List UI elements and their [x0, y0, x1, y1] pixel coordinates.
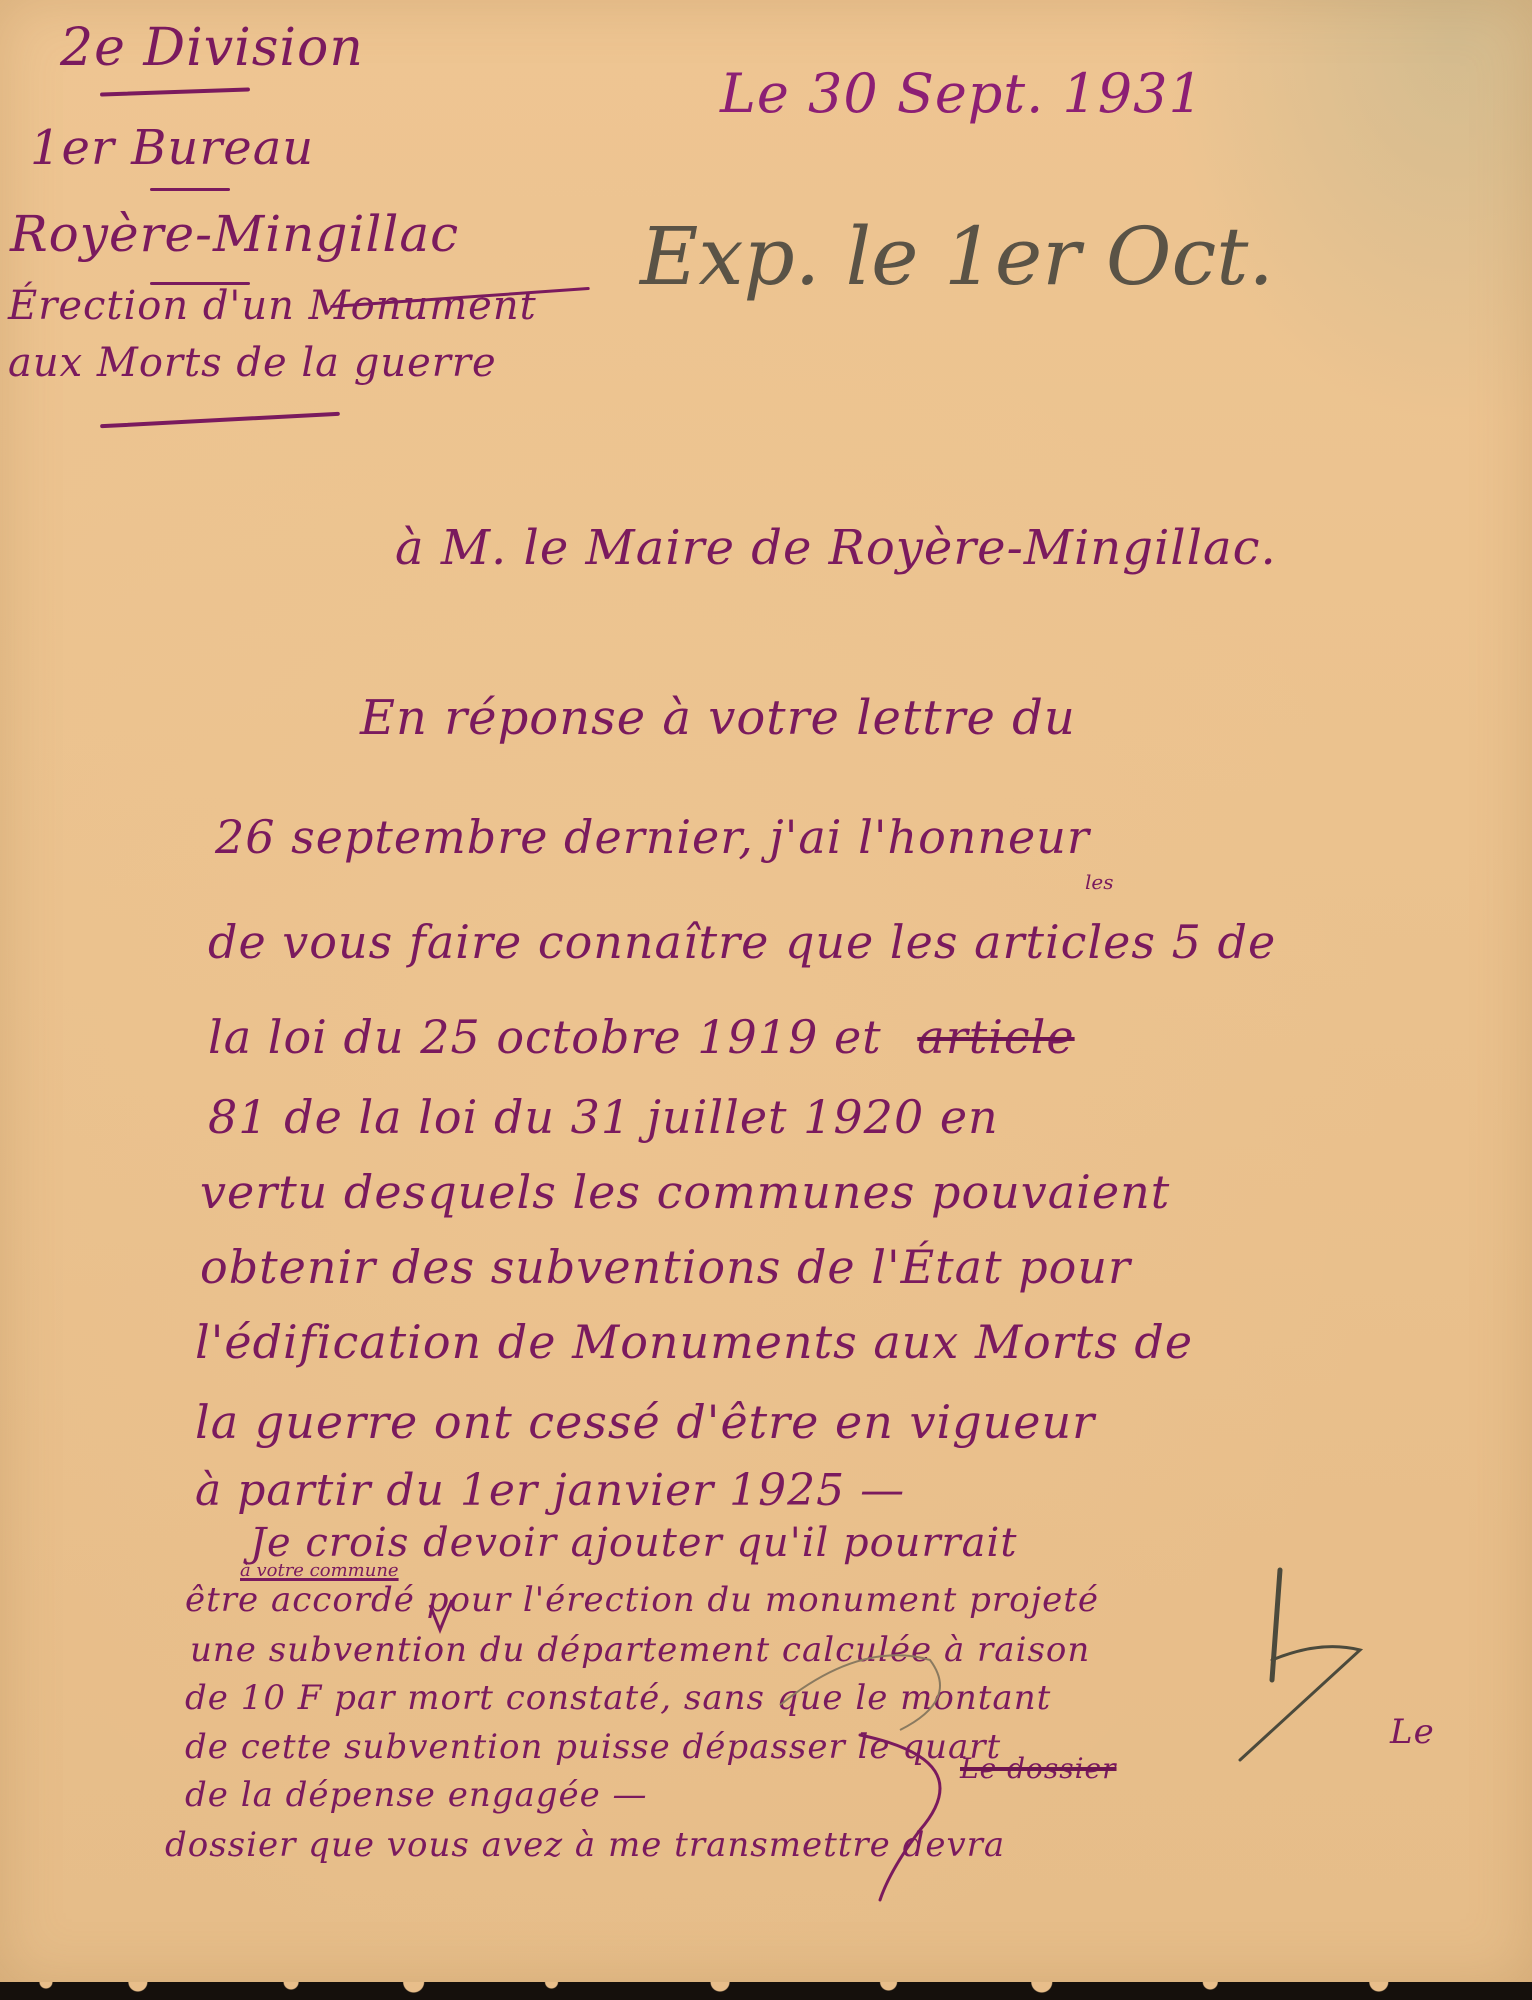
body-line-6: vertu desquels les communes pouvaient — [200, 1165, 1170, 1219]
letter-date: Le 30 Sept. 1931 — [720, 62, 1204, 125]
torn-bottom-edge — [0, 1982, 1532, 2000]
body-line-16: de la dépense engagée — — [185, 1775, 648, 1815]
body-line-15: de cette subvention puisse dépasser le q… — [185, 1727, 1001, 1767]
struck-le-dossier: Le dossier — [960, 1752, 1117, 1785]
insertion-le: Le — [1390, 1712, 1435, 1752]
body-line-17: dossier que vous avez à me transmettre d… — [165, 1825, 1005, 1865]
body-line-5: 81 de la loi du 31 juillet 1920 en — [208, 1090, 999, 1144]
body-line-13: une subvention du département calculée à… — [190, 1630, 1090, 1670]
body-line-7: obtenir des subventions de l'État pour — [200, 1240, 1131, 1294]
body-line-8: l'édification de Monuments aux Morts de — [195, 1315, 1193, 1369]
body-line-4: la loi du 25 octobre 1919 et article — [208, 1010, 1075, 1064]
body-line-10: à partir du 1er janvier 1925 — — [195, 1465, 905, 1516]
body-line-3: de vous faire connaître que les articles… — [208, 915, 1276, 969]
commune-label: Royère-Mingillac — [10, 205, 459, 263]
struck-word-article: article — [917, 1010, 1074, 1064]
bureau-label: 1er Bureau — [30, 120, 314, 176]
letter-page: 2e Division 1er Bureau Royère-Mingillac … — [0, 0, 1532, 1985]
subject-line-1: Érection d'un Monument — [8, 283, 537, 329]
body-line-2: 26 septembre dernier, j'ai l'honneur — [215, 810, 1090, 864]
division-underline — [100, 87, 250, 96]
subject-line-2: aux Morts de la guerre — [8, 340, 497, 386]
insertion-a-votre-commune: à votre commune — [240, 1560, 399, 1581]
division-label: 2e Division — [60, 18, 364, 78]
bureau-underline — [150, 188, 230, 191]
body-line-12: être accordé pour l'érection du monument… — [185, 1580, 1099, 1620]
body-line-1: En réponse à votre lettre du — [360, 690, 1076, 746]
body-line-14: de 10 F par mort constaté, sans que le m… — [185, 1678, 1051, 1718]
subject-underline — [100, 412, 340, 429]
body-line-9: la guerre ont cessé d'être en vigueur — [195, 1395, 1095, 1449]
dispatch-note: Exp. le 1er Oct. — [640, 210, 1274, 303]
addressee-line: à M. le Maire de Royère-Mingillac. — [395, 520, 1277, 576]
insertion-les: les — [1085, 870, 1114, 894]
